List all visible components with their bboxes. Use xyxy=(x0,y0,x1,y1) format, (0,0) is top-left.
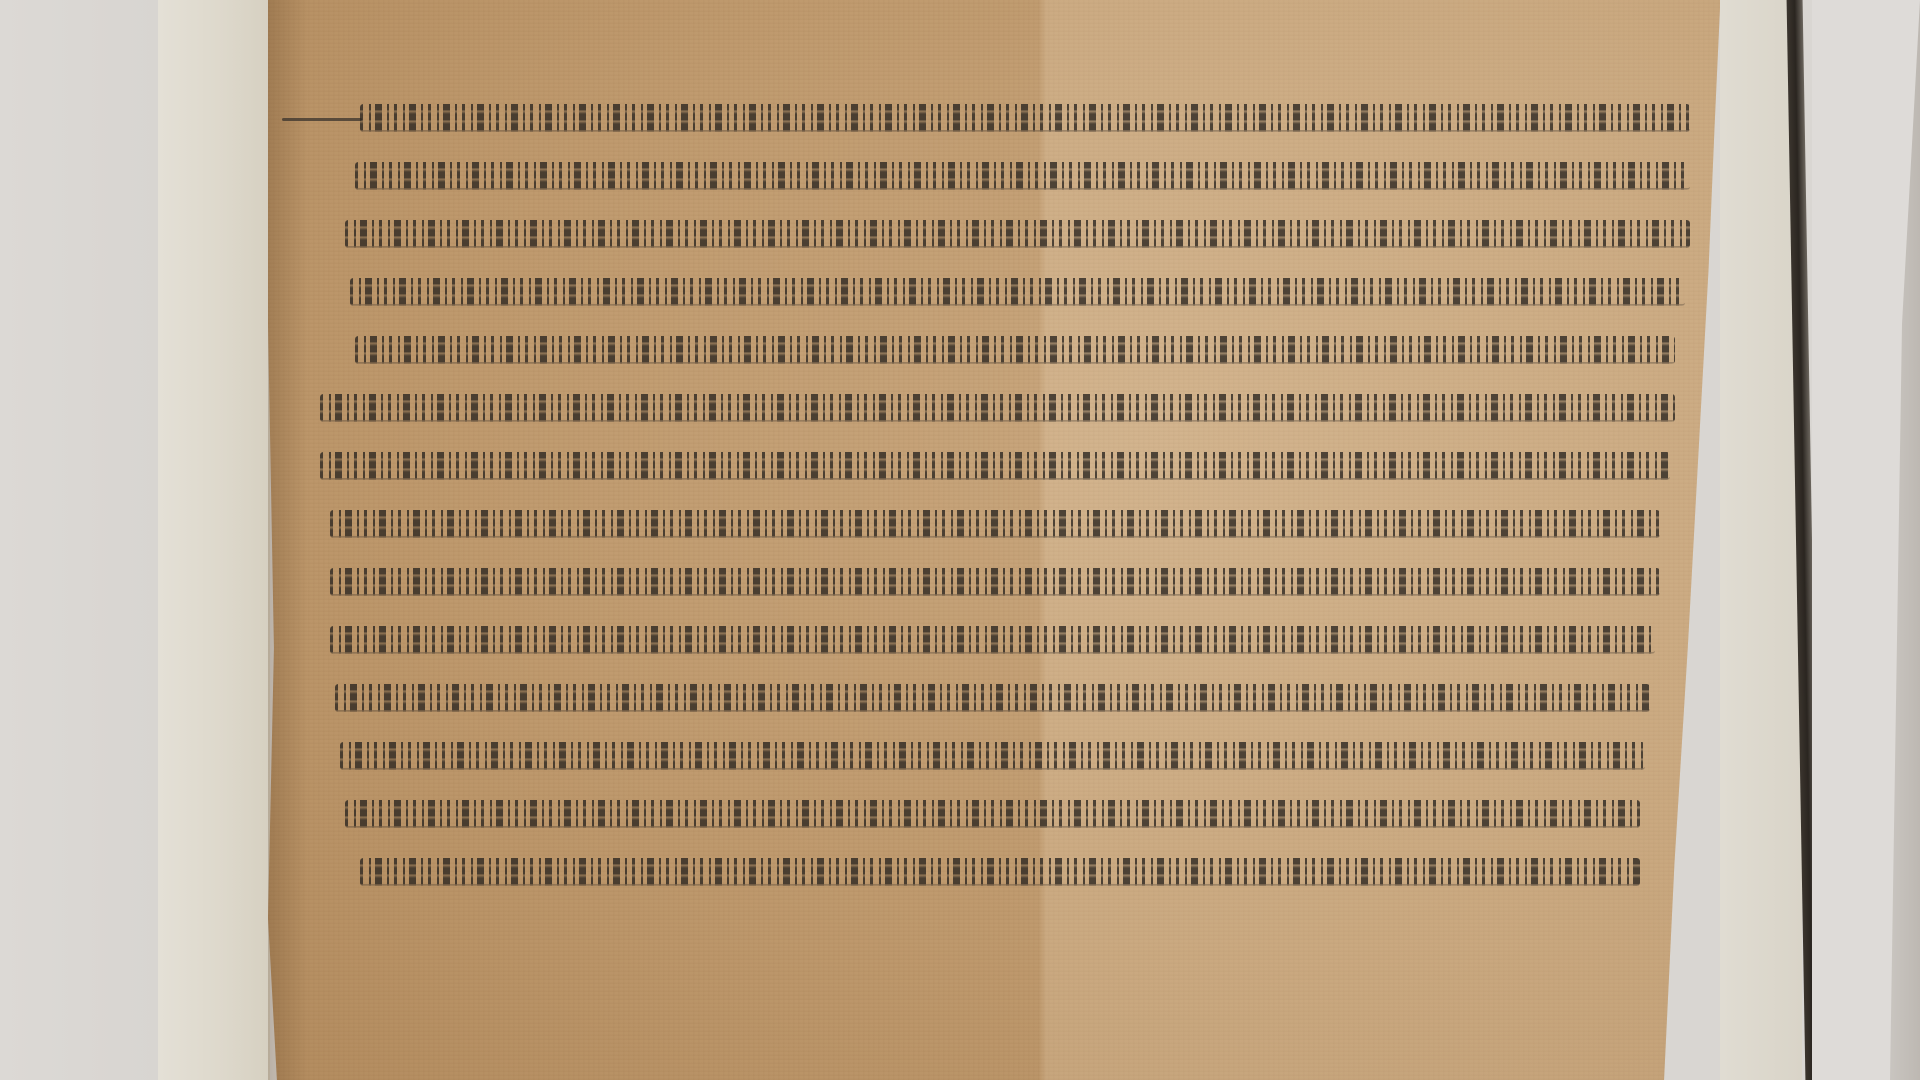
hieratic-ink-stroke xyxy=(340,742,1645,770)
script-line xyxy=(320,612,1700,670)
hieratic-ink-stroke xyxy=(355,162,1690,190)
hieratic-ink-stroke xyxy=(345,220,1690,248)
hieratic-ink-stroke xyxy=(330,626,1655,654)
hieratic-ink-stroke xyxy=(320,394,1675,422)
hieratic-text-block xyxy=(320,90,1700,902)
hieratic-ink-stroke xyxy=(350,278,1685,306)
script-line xyxy=(320,844,1700,902)
hieratic-ink-stroke xyxy=(360,858,1640,886)
mount-mat-left xyxy=(158,0,270,1080)
script-line xyxy=(320,728,1700,786)
script-line xyxy=(320,322,1700,380)
gallery-wall-left xyxy=(0,0,160,1080)
script-line xyxy=(320,206,1700,264)
hieratic-ink-stroke xyxy=(330,568,1660,596)
script-line xyxy=(320,380,1700,438)
script-line xyxy=(320,438,1700,496)
hieratic-ink-stroke xyxy=(330,510,1660,538)
script-line xyxy=(320,90,1700,148)
script-line xyxy=(320,670,1700,728)
hieratic-ink-stroke xyxy=(355,336,1675,364)
hieratic-ink-stroke xyxy=(320,452,1670,480)
script-line xyxy=(320,264,1700,322)
papyrus-edge-shadow xyxy=(268,0,308,1080)
hieratic-ink-stroke xyxy=(360,104,1690,132)
hieratic-ink-stroke xyxy=(335,684,1650,712)
script-line xyxy=(320,496,1700,554)
hieratic-ink-stroke xyxy=(345,800,1640,828)
script-line xyxy=(320,786,1700,844)
script-line xyxy=(320,554,1700,612)
script-line xyxy=(320,148,1700,206)
